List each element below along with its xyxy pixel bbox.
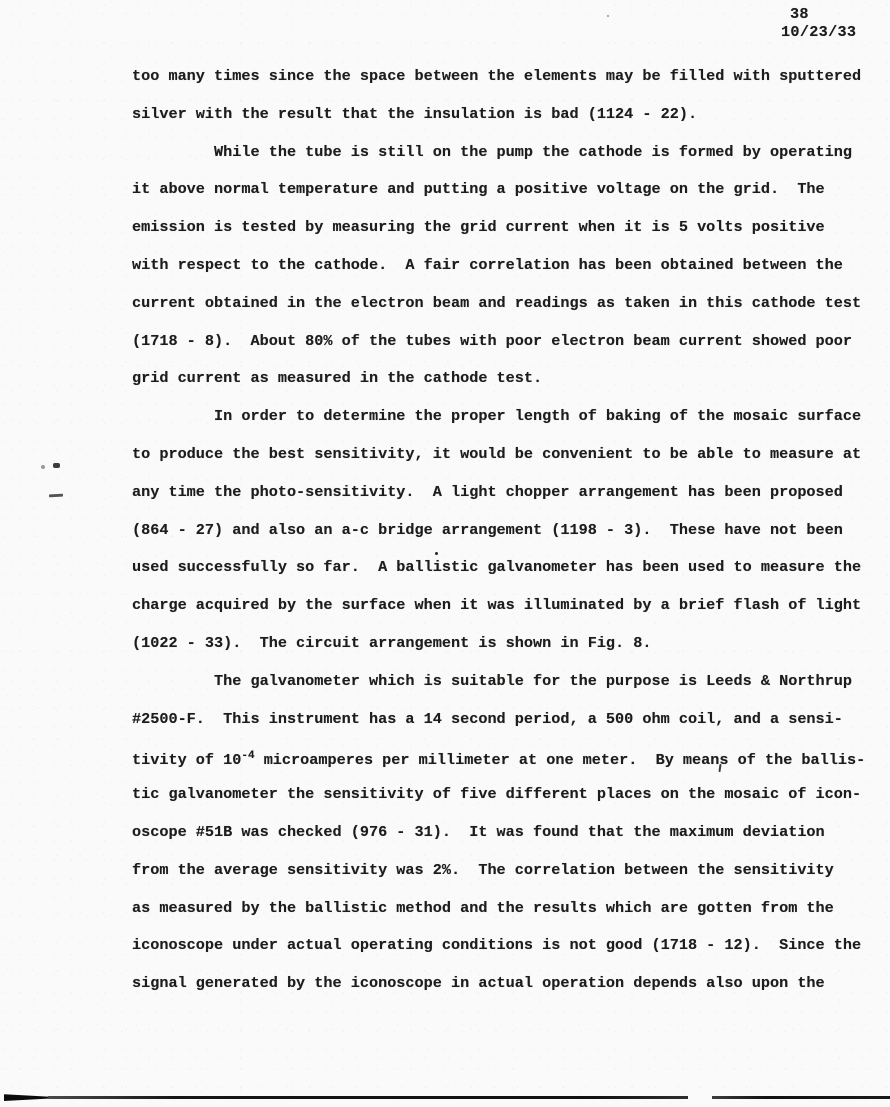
text-line: it above normal temperature and putting … bbox=[132, 171, 865, 209]
text-line: emission is tested by measuring the grid… bbox=[132, 209, 865, 247]
scan-edge-blob bbox=[4, 1093, 48, 1101]
text-line: grid current as measured in the cathode … bbox=[132, 360, 865, 398]
text-line: oscope #51B was checked (976 - 31). It w… bbox=[132, 814, 865, 852]
text-line: tivity of 10-4 microamperes per millimet… bbox=[132, 738, 865, 776]
text-line: (1718 - 8). About 80% of the tubes with … bbox=[132, 323, 865, 361]
text-line: too many times since the space between t… bbox=[132, 58, 865, 96]
text-line: (864 - 27) and also an a-c bridge arrang… bbox=[132, 512, 865, 550]
text-line: The galvanometer which is suitable for t… bbox=[132, 663, 865, 701]
text-line: While the tube is still on the pump the … bbox=[132, 134, 865, 172]
text-line: iconoscope under actual operating condit… bbox=[132, 927, 865, 965]
page-number: 38 bbox=[781, 5, 856, 23]
pencil-dash-left-margin bbox=[49, 494, 63, 498]
text-line: used successfully so far. A ballistic ga… bbox=[132, 549, 865, 587]
text-line: In order to determine the proper length … bbox=[132, 398, 865, 436]
text-line: signal generated by the iconoscope in ac… bbox=[132, 965, 865, 1003]
text-line: any time the photo-sensitivity. A light … bbox=[132, 474, 865, 512]
text-line: to produce the best sensitivity, it woul… bbox=[132, 436, 865, 474]
text-line: current obtained in the electron beam an… bbox=[132, 285, 865, 323]
text-line: (1022 - 33). The circuit arrangement is … bbox=[132, 625, 865, 663]
text-line: charge acquired by the surface when it w… bbox=[132, 587, 865, 625]
document-body-text: too many times since the space between t… bbox=[132, 58, 865, 1003]
text-line: silver with the result that the insulati… bbox=[132, 96, 865, 134]
page-header: 38 10/23/33 bbox=[781, 5, 856, 41]
scan-edge-line-left bbox=[48, 1096, 688, 1099]
text-line: tic galvanometer the sensitivity of five… bbox=[132, 776, 865, 814]
pencil-mark-left-margin bbox=[53, 463, 60, 468]
scan-edge-line-right bbox=[712, 1096, 890, 1099]
scan-speck-top bbox=[607, 15, 609, 17]
scanned-document-page: 38 10/23/33 too many times since the spa… bbox=[0, 0, 890, 1107]
pencil-dot-left-margin bbox=[41, 465, 45, 469]
superscript-exponent: -4 bbox=[241, 750, 254, 762]
text-line: with respect to the cathode. A fair corr… bbox=[132, 247, 865, 285]
page-date: 10/23/33 bbox=[781, 23, 856, 41]
text-line: as measured by the ballistic method and … bbox=[132, 890, 865, 928]
text-line: #2500-F. This instrument has a 14 second… bbox=[132, 701, 865, 739]
text-line: from the average sensitivity was 2%. The… bbox=[132, 852, 865, 890]
